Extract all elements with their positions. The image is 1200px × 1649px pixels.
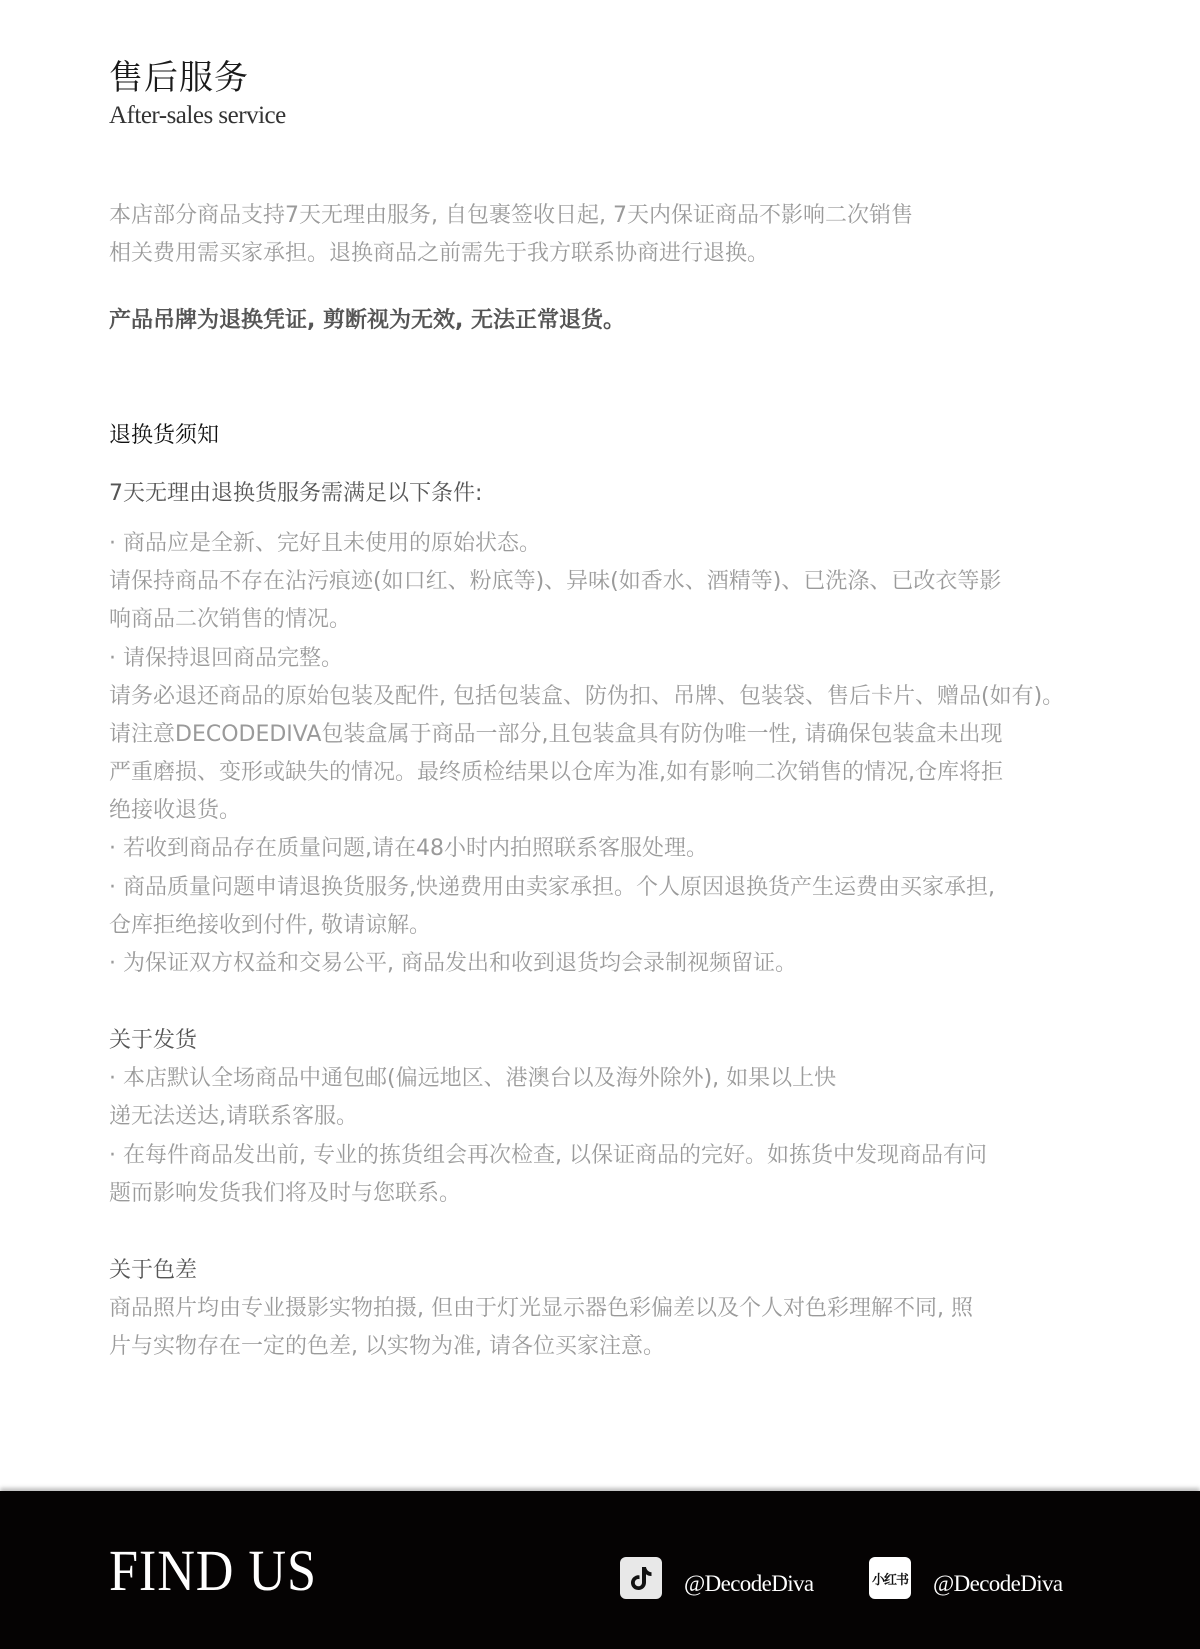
returns-line: 请注意DECODEDIVA包装盒属于商品一部分,且包装盒具有防伪唯一性, 请确保… <box>109 716 1002 754</box>
tiktok-link[interactable]: @DecodeDiva <box>620 1556 814 1600</box>
xiaohongshu-icon: 小红书 <box>869 1557 911 1599</box>
page-subtitle: After-sales service <box>109 102 286 130</box>
find-us-title: FIND US <box>109 1541 317 1601</box>
xiaohongshu-handle: @DecodeDiva <box>933 1571 1063 1597</box>
footer: FIND US @DecodeDiva 小红书 @DecodeDiva <box>0 1491 1200 1649</box>
returns-line: 绝接收退货。 <box>109 792 241 830</box>
returns-subheading: 7天无理由退换货服务需满足以下条件: <box>109 475 482 513</box>
shipping-line: · 在每件商品发出前, 专业的拣货组会再次检查, 以保证商品的完好。如拣货中发现… <box>109 1137 987 1175</box>
returns-line: 请保持商品不存在沾污痕迹(如口红、粉底等)、异味(如香水、酒精等)、已洗涤、已改… <box>109 563 1001 601</box>
intro-line: 相关费用需买家承担。退换商品之前需先于我方联系协商进行退换。 <box>109 235 769 273</box>
returns-line: · 为保证双方权益和交易公平, 商品发出和收到退货均会录制视频留证。 <box>109 945 797 983</box>
color-line: 商品照片均由专业摄影实物拍摄, 但由于灯光显示器色彩偏差以及个人对色彩理解不同,… <box>109 1290 973 1328</box>
shipping-heading: 关于发货 <box>109 1022 197 1060</box>
page-title: 售后服务 <box>109 50 249 99</box>
shipping-line: 题而影响发货我们将及时与您联系。 <box>109 1175 461 1213</box>
color-line: 片与实物存在一定的色差, 以实物为准, 请各位买家注意。 <box>109 1328 665 1366</box>
returns-line: 仓库拒绝接收到付件, 敬请谅解。 <box>109 907 431 945</box>
returns-line: · 请保持退回商品完整。 <box>109 640 343 678</box>
returns-line: · 商品应是全新、完好且未使用的原始状态。 <box>109 525 541 563</box>
xiaohongshu-link[interactable]: 小红书 @DecodeDiva <box>869 1556 1063 1600</box>
returns-line: 响商品二次销售的情况。 <box>109 601 351 639</box>
intro-line: 本店部分商品支持7天无理由服务, 自包裹签收日起, 7天内保证商品不影响二次销售 <box>109 197 913 235</box>
shipping-line: · 本店默认全场商品中通包邮(偏远地区、港澳台以及海外除外), 如果以上快 <box>109 1060 836 1098</box>
returns-heading: 退换货须知 <box>109 417 219 455</box>
tiktok-handle: @DecodeDiva <box>684 1571 814 1597</box>
returns-line: 请务必退还商品的原始包装及配件, 包括包装盒、防伪扣、吊牌、包装袋、售后卡片、赠… <box>109 678 1064 716</box>
shipping-line: 递无法送达,请联系客服。 <box>109 1098 358 1136</box>
tiktok-icon <box>620 1557 662 1599</box>
color-heading: 关于色差 <box>109 1252 197 1290</box>
returns-line: 严重磨损、变形或缺失的情况。最终质检结果以仓库为准,如有影响二次销售的情况,仓库… <box>109 754 1003 792</box>
returns-line: · 若收到商品存在质量问题,请在48小时内拍照联系客服处理。 <box>109 830 708 868</box>
tag-notice: 产品吊牌为退换凭证, 剪断视为无效, 无法正常退货。 <box>109 302 625 340</box>
returns-line: · 商品质量问题申请退换货服务,快递费用由卖家承担。个人原因退换货产生运费由买家… <box>109 869 995 907</box>
